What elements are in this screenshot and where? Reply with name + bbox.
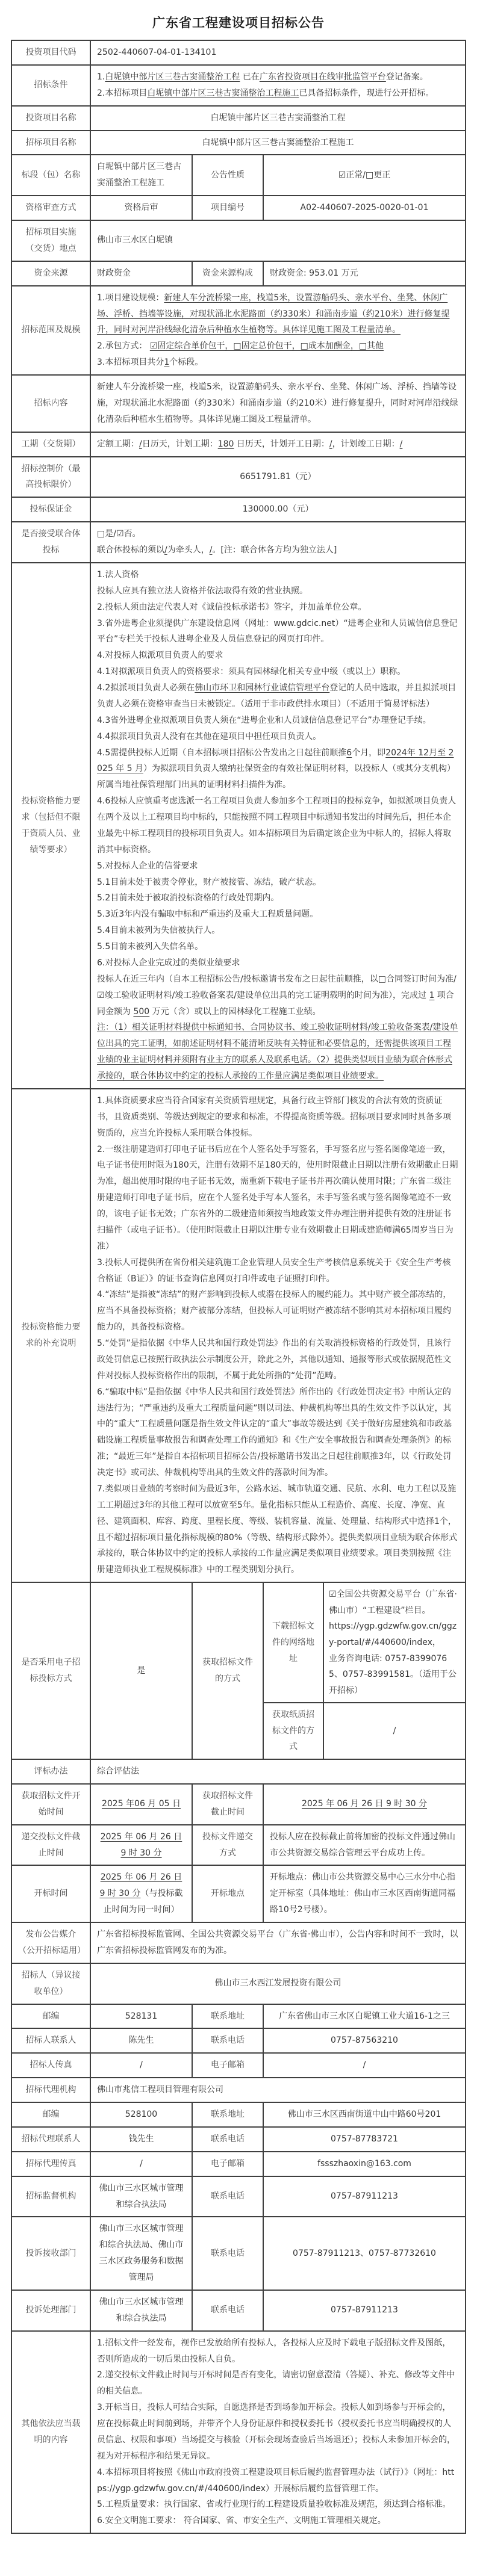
consortium-value: □是/☑否。联合体投标的须以/为牵头人，/。[注：联合体各方均为独立法人] [90, 522, 466, 563]
agency-postcode-label: 邮编 [11, 2102, 90, 2127]
bid-opening-time-label: 开标时间 [11, 1865, 90, 1922]
complaint-receiving-value: 佛山市三水区城市管理和综合执法局、佛山市三水区政务服务和数据管理局 [90, 2217, 192, 2290]
paper-doc-method-value: / [323, 1703, 465, 1759]
table-row: 递交投标文件截止时间 2025 年 06 月 26 日 9 时 30 分 投标文… [11, 1825, 466, 1866]
tenderer-email-value: / [263, 2053, 466, 2078]
qualification-requirements-value: 1.法人资格投标人应具有独立法人资格并依法取得有效的营业执照。2.投标人须由法定… [90, 563, 466, 1089]
agency-value: 佛山市兆信工程项目管理有限公司 [90, 2078, 466, 2102]
qualification-requirements-label: 投标资格能力要求（包括但不限于资质人员、业绩等要求） [11, 563, 90, 1089]
table-row: 招标内容 新建人车分流桥梁一座，栈道5米，设置游船码头、亲水平台、坐凳、休闲广场… [11, 375, 466, 432]
investment-code-value: 2502-440607-04-01-134101 [90, 40, 466, 65]
table-row: 投诉接收部门 佛山市三水区城市管理和综合执法局、佛山市三水区政务服务和数据管理局… [11, 2217, 466, 2290]
table-row: 招标代理联系人 钱先生 联系电话 0757-87783721 [11, 2127, 466, 2152]
e-bidding-value: 是 [90, 1582, 192, 1759]
submission-deadline-value: 2025 年 06 月 26 日 9 时 30 分 [90, 1825, 192, 1866]
doc-deadline-label: 获取招标文件截止时间 [192, 1784, 263, 1825]
e-bidding-label: 是否采用电子招标投标方式 [11, 1582, 90, 1759]
qualification-review-value: 资格后审 [90, 196, 192, 220]
delivery-location-value: 佛山市三水区白坭镇 [90, 220, 466, 261]
agency-fax-value: / [90, 2152, 192, 2176]
tenderer-fax-value: / [90, 2053, 192, 2078]
table-row: 评标办法 综合评估法 [11, 1759, 466, 1784]
tenderer-address-label: 联系地址 [192, 2004, 263, 2029]
tenderer-contact-value: 陈先生 [90, 2028, 192, 2053]
evaluation-method-label: 评标办法 [11, 1759, 90, 1784]
doc-obtain-method-cell: 下载招标文件的网络地址 ☑全国公共资源交易平台（广东省·佛山市）“工程建设”栏目… [263, 1582, 466, 1759]
funding-composition-value: 财政资金: 953.01 万元 [263, 261, 466, 286]
consortium-label: 是否接受联合体投标 [11, 522, 90, 563]
funding-source-value: 财政资金 [90, 261, 192, 286]
table-row: 投资项目代码 2502-440607-04-01-134101 [11, 40, 466, 65]
tenderer-email-label: 电子邮箱 [192, 2053, 263, 2078]
agency-fax-label: 招标代理传真 [11, 2152, 90, 2176]
bid-bond-value: 130000.00（元） [90, 497, 466, 522]
tender-conditions-label: 招标条件 [11, 65, 90, 106]
table-row: 投资项目名称 白坭镇中部片区三巷古窦涌整治工程 [11, 106, 466, 131]
table-row: 资格审查方式 资格后审 项目编号 A02-440607-2025-0020-01… [11, 196, 466, 220]
download-address-value: ☑全国公共资源交易平台（广东省·佛山市）“工程建设”栏目。https://ygp… [323, 1583, 465, 1703]
submission-method-label: 投标文件递交方式 [192, 1825, 263, 1866]
table-row: 是否采用电子招标投标方式 是 获取招标文件的方式 下载招标文件的网络地址 ☑全国… [11, 1582, 466, 1759]
bid-opening-place-value: 开标地点：佛山市公共资源交易中心三水分中心指定开标室（具体地址：佛山市三水区西南… [263, 1865, 466, 1922]
supervision-phone-label: 联系电话 [192, 2176, 263, 2217]
tenderer-value: 佛山市三水西江发展投资有限公司 [90, 1963, 466, 2004]
tender-conditions-value: 1.白坭镇中部片区三巷古窦涌整治工程 已在广东省投资项目在线审批监管平台登记备案… [90, 65, 466, 106]
delivery-location-label: 招标项目实施（交货）地点 [11, 220, 90, 261]
agency-email-label: 电子邮箱 [192, 2152, 263, 2176]
doc-start-time-value: 2025 年06 月 05 日 [90, 1784, 192, 1825]
table-row: 招标条件 1.白坭镇中部片区三巷古窦涌整治工程 已在广东省投资项目在线审批监管平… [11, 65, 466, 106]
table-row: 其他依法应当载明的内容 1.招标文件一经发布，视作已发放给所有投标人，各投标人应… [11, 2331, 466, 2534]
scope-value: 1.项目建设规模：新建人车分流桥梁一座，栈道5米，设置游船码头、亲水平台、坐凳、… [90, 286, 466, 375]
table-row: 招标代理机构 佛山市兆信工程项目管理有限公司 [11, 2078, 466, 2102]
section-name-value: 白坭镇中部片区三巷古窦涌整治工程施工 [90, 155, 192, 196]
agency-address-value: 佛山市三水区西南街道中山中路60号201 [263, 2102, 466, 2127]
table-row: 资金来源 财政资金 资金来源构成 财政资金: 953.01 万元 [11, 261, 466, 286]
table-row: 招标项目名称 白坭镇中部片区三巷古窦涌整治工程施工 [11, 131, 466, 155]
table-row: 招标人（异议接收单位） 佛山市三水西江发展投资有限公司 [11, 1963, 466, 2004]
supervision-value: 佛山市三水区城市管理和综合执法局 [90, 2176, 192, 2217]
table-row: 获取纸质招标文件的方式 / [264, 1703, 465, 1759]
qualification-review-label: 资格审查方式 [11, 196, 90, 220]
agency-phone-label: 联系电话 [192, 2127, 263, 2152]
agency-contact-value: 钱先生 [90, 2127, 192, 2152]
tender-info-table: 投资项目代码 2502-440607-04-01-134101 招标条件 1.白… [11, 40, 466, 2534]
table-row: 是否接受联合体投标 □是/☑否。联合体投标的须以/为牵头人，/。[注：联合体各方… [11, 522, 466, 563]
evaluation-method-value: 综合评估法 [90, 1759, 466, 1784]
table-row: 投标资格能力要求的补充说明 1.具体资质要求应当符合国家有关资质管理规定，具备行… [11, 1089, 466, 1582]
tenderer-fax-label: 招标人传真 [11, 2053, 90, 2078]
investment-code-label: 投资项目代码 [11, 40, 90, 65]
table-row: 招标代理传真 / 电子邮箱 fssszhaoxin@163.com [11, 2152, 466, 2176]
project-number-label: 项目编号 [192, 196, 263, 220]
duration-label: 工期（交货期） [11, 432, 90, 457]
page-title: 广东省工程建设项目招标公告 [11, 13, 466, 31]
tenderer-contact-label: 招标人联系人 [11, 2028, 90, 2053]
tender-content-value: 新建人车分流桥梁一座，栈道5米，设置游船码头、亲水平台、坐凳、休闲广场、浮桥、挡… [90, 375, 466, 432]
tenderer-label: 招标人（异议接收单位） [11, 1963, 90, 2004]
table-row: 招标范围及规模 1.项目建设规模：新建人车分流桥梁一座，栈道5米，设置游船码头、… [11, 286, 466, 375]
table-row: 招标控制价（最高投标限价） 6651791.81（元） [11, 457, 466, 498]
table-row: 投标资格能力要求（包括但不限于资质人员、业绩等要求） 1.法人资格投标人应具有独… [11, 563, 466, 1089]
tenderer-postcode-label: 邮编 [11, 2004, 90, 2029]
table-row: 下载招标文件的网络地址 ☑全国公共资源交易平台（广东省·佛山市）“工程建设”栏目… [264, 1583, 465, 1703]
tender-announcement-document: 广东省工程建设项目招标公告 投资项目代码 2502-440607-04-01-1… [11, 0, 466, 2576]
other-contents-label: 其他依法应当载明的内容 [11, 2331, 90, 2534]
qualification-supplement-label: 投标资格能力要求的补充说明 [11, 1089, 90, 1582]
tender-content-label: 招标内容 [11, 375, 90, 432]
doc-obtain-inner-table: 下载招标文件的网络地址 ☑全国公共资源交易平台（广东省·佛山市）“工程建设”栏目… [264, 1583, 465, 1759]
table-row: 招标监督机构 佛山市三水区城市管理和综合执法局 联系电话 0757-879112… [11, 2176, 466, 2217]
tenderer-phone-value: 0757-87563210 [263, 2028, 466, 2053]
table-row: 发布公告媒介（公开招标适用） 广东省招标投标监管网、全国公共资源交易平台（广东省… [11, 1922, 466, 1963]
agency-phone-value: 0757-87783721 [263, 2127, 466, 2152]
bid-opening-place-label: 开标地点 [192, 1865, 263, 1922]
investment-project-name-value: 白坭镇中部片区三巷古窦涌整治工程 [90, 106, 466, 131]
scope-label: 招标范围及规模 [11, 286, 90, 375]
complaint-receiving-label: 投诉接收部门 [11, 2217, 90, 2290]
complaint-handling-label: 投诉处理部门 [11, 2290, 90, 2331]
table-row: 招标人传真 / 电子邮箱 / [11, 2053, 466, 2078]
complaint-handling-value: 佛山市三水区城市管理和综合执法局 [90, 2290, 192, 2331]
submission-method-value: 投标人应在投标截止前将加密的投标文件通过佛山市公共资源交易综合管理云平台成功上传… [263, 1825, 466, 1866]
table-row: 招标项目实施（交货）地点 佛山市三水区白坭镇 [11, 220, 466, 261]
funding-composition-label: 资金来源构成 [192, 261, 263, 286]
duration-value: 定额工期：/日历天，计划工期：180 日历天，计划开工日期：/，计划竣工日期：/ [90, 432, 466, 457]
table-row: 工期（交货期） 定额工期：/日历天，计划工期：180 日历天，计划开工日期：/，… [11, 432, 466, 457]
table-row: 投标保证金 130000.00（元） [11, 497, 466, 522]
investment-project-name-label: 投资项目名称 [11, 106, 90, 131]
download-address-label: 下载招标文件的网络地址 [264, 1583, 323, 1703]
tenderer-address-value: 广东省佛山市三水区白坭镇工业大道16-1之三 [263, 2004, 466, 2029]
supervision-label: 招标监督机构 [11, 2176, 90, 2217]
table-row: 获取招标文件开始时间 2025 年06 月 05 日 获取招标文件截止时间 20… [11, 1784, 466, 1825]
complaint-receiving-phone-value: 0757-87911213、0757-87732610 [263, 2217, 466, 2290]
agency-email-value: fssszhaoxin@163.com [263, 2152, 466, 2176]
table-row: 邮编 528131 联系地址 广东省佛山市三水区白坭镇工业大道16-1之三 [11, 2004, 466, 2029]
announcement-nature-value: ☑正常/□更正 [263, 155, 466, 196]
complaint-handling-phone-value: 0757-87911213 [263, 2290, 466, 2331]
doc-start-time-label: 获取招标文件开始时间 [11, 1784, 90, 1825]
section-name-label: 标段（包）名称 [11, 155, 90, 196]
project-number-value: A02-440607-2025-0020-01-01 [263, 196, 466, 220]
tender-project-name-label: 招标项目名称 [11, 131, 90, 155]
table-row: 邮编 528100 联系地址 佛山市三水区西南街道中山中路60号201 [11, 2102, 466, 2127]
qualification-supplement-value: 1.具体资质要求应当符合国家有关资质管理规定，具备行政主管部门核发的合法有效的资… [90, 1089, 466, 1582]
doc-obtain-method-label: 获取招标文件的方式 [192, 1582, 263, 1759]
other-contents-value: 1.招标文件一经发布，视作已发放给所有投标人，各投标人应及时下载电子版招标文件及… [90, 2331, 466, 2534]
table-row: 投诉处理部门 佛山市三水区城市管理和综合执法局 联系电话 0757-879112… [11, 2290, 466, 2331]
table-row: 招标人联系人 陈先生 联系电话 0757-87563210 [11, 2028, 466, 2053]
tenderer-postcode-value: 528131 [90, 2004, 192, 2029]
submission-deadline-label: 递交投标文件截止时间 [11, 1825, 90, 1866]
doc-deadline-value: 2025 年 06 月 26 日 9 时 30 分 [263, 1784, 466, 1825]
agency-postcode-value: 528100 [90, 2102, 192, 2127]
tenderer-phone-label: 联系电话 [192, 2028, 263, 2053]
bid-opening-time-value: 2025 年 06 月 26 日 9 时 30 分（与投标截止时间为同一时间） [90, 1865, 192, 1922]
tender-project-name-value: 白坭镇中部片区三巷古窦涌整治工程施工 [90, 131, 466, 155]
table-row: 开标时间 2025 年 06 月 26 日 9 时 30 分（与投标截止时间为同… [11, 1865, 466, 1922]
agency-address-label: 联系地址 [192, 2102, 263, 2127]
complaint-receiving-phone-label: 联系电话 [192, 2217, 263, 2290]
complaint-handling-phone-label: 联系电话 [192, 2290, 263, 2331]
agency-label: 招标代理机构 [11, 2078, 90, 2102]
announcement-media-label: 发布公告媒介（公开招标适用） [11, 1922, 90, 1963]
paper-doc-method-label: 获取纸质招标文件的方式 [264, 1703, 323, 1759]
bid-bond-label: 投标保证金 [11, 497, 90, 522]
agency-contact-label: 招标代理联系人 [11, 2127, 90, 2152]
table-row: 标段（包）名称 白坭镇中部片区三巷古窦涌整治工程施工 公告性质 ☑正常/□更正 [11, 155, 466, 196]
announcement-media-value: 广东省招标投标监管网、全国公共资源交易平台（广东省·佛山市），公告内容和时间不一… [90, 1922, 466, 1963]
funding-source-label: 资金来源 [11, 261, 90, 286]
control-price-value: 6651791.81（元） [90, 457, 466, 498]
supervision-phone-value: 0757-87911213 [263, 2176, 466, 2217]
control-price-label: 招标控制价（最高投标限价） [11, 457, 90, 498]
announcement-nature-label: 公告性质 [192, 155, 263, 196]
